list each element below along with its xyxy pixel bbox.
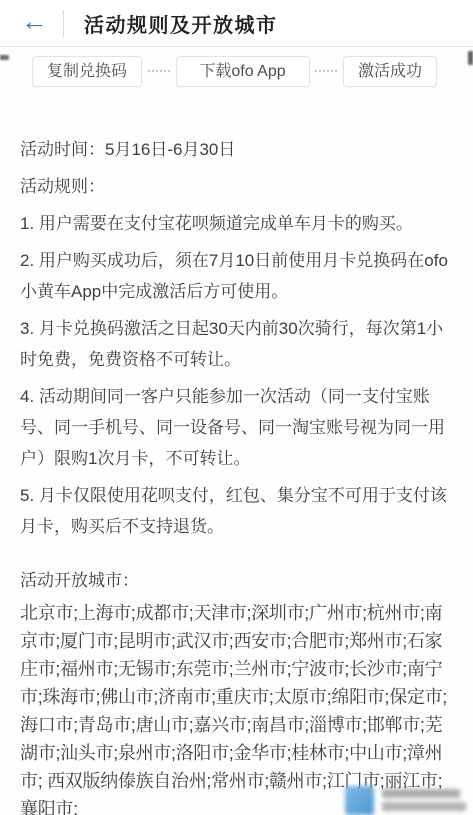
header-divider xyxy=(63,10,64,37)
cities-heading: 活动开放城市： xyxy=(20,565,456,596)
rule-item-4: 4. 活动期间同一客户只能参加一次活动（同一支付宝账号、同一手机号、同一设备号、… xyxy=(20,381,456,474)
rules-heading: 活动规则： xyxy=(20,171,456,202)
watermark-logo-icon xyxy=(345,786,374,815)
back-arrow-icon[interactable]: ← xyxy=(21,8,48,35)
copy-code-button[interactable]: 复制兑换码 xyxy=(32,56,142,87)
header: ← 活动规则及开放城市 xyxy=(0,0,473,47)
edge-artifact-left xyxy=(0,55,9,60)
download-app-button[interactable]: 下载ofo App xyxy=(176,56,310,87)
activation-success-step[interactable]: 激活成功 xyxy=(343,56,437,87)
step-connector-dots xyxy=(148,70,170,72)
rules-content: 活动时间：5月16日-6月30日 活动规则： 1. 用户需要在支付宝花呗频道完成… xyxy=(0,134,473,815)
cities-list-text: 北京市;上海市;成都市;天津市;深圳市;广州市;杭州市;南京市;厦门市;昆明市;… xyxy=(20,599,456,815)
steps-row: 复制兑换码 下载ofo App 激活成功 xyxy=(0,47,473,89)
activity-time-text: 活动时间：5月16日-6月30日 xyxy=(20,134,456,165)
page-title: 活动规则及开放城市 xyxy=(84,9,278,38)
rule-item-3: 3. 月卡兑换码激活之日起30天内前30次骑行，每次第1小时免费，免费资格不可转… xyxy=(20,313,456,375)
step-connector-dots xyxy=(315,70,337,72)
watermark-blurred-text xyxy=(382,786,473,811)
watermark xyxy=(345,786,473,815)
rule-item-1: 1. 用户需要在支付宝花呗频道完成单车月卡的购买。 xyxy=(20,208,456,239)
edge-artifact-right xyxy=(468,51,473,65)
rule-item-5: 5. 月卡仅限使用花呗支付，红包、集分宝不可用于支付该月卡，购买后不支持退货。 xyxy=(20,480,456,542)
rule-item-2: 2. 用户购买成功后，须在7月10日前使用月卡兑换码在ofo小黄车App中完成激… xyxy=(20,245,456,307)
